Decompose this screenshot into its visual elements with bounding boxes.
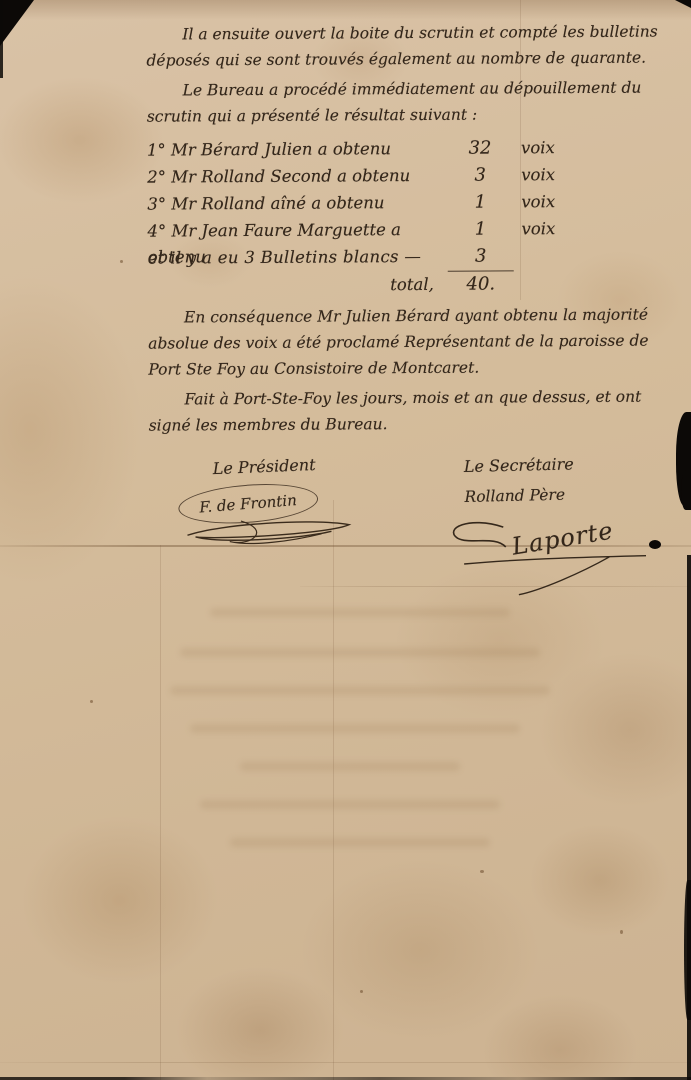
ink-bleed-through <box>230 838 490 847</box>
paragraph-proclamation: En conséquence Mr Julien Bérard ayant ob… <box>148 301 676 382</box>
paper-speck <box>620 930 623 934</box>
paper-speck <box>90 700 93 703</box>
torn-edge-right <box>681 470 691 510</box>
vote-unit: voix <box>513 216 593 242</box>
manuscript-page: Il a ensuite ouvert la boite du scrutin … <box>0 0 691 1080</box>
tally-row: 3° Mr Rolland aîné a obtenu 1 voix <box>147 188 675 218</box>
vote-count: 1 <box>447 189 513 215</box>
torn-edge-left <box>0 0 3 78</box>
paper-speck <box>480 870 484 873</box>
paper-speck <box>120 260 123 263</box>
blank-ballots-count: 3 <box>448 243 514 269</box>
torn-corner-top-right <box>675 0 691 8</box>
candidate-label: 1° Mr Bérard Julien a obtenu <box>147 136 447 164</box>
vote-unit: voix <box>513 189 593 215</box>
secretary-name-rolland: Rolland Père <box>428 480 649 511</box>
vote-unit: voix <box>513 162 593 188</box>
ink-bleed-through <box>210 608 510 617</box>
fold-crease <box>160 545 161 1080</box>
paragraph-closing: Fait à Port-Ste-Foy les jours, mois et a… <box>148 383 676 438</box>
tally-row: 1° Mr Bérard Julien a obtenu 32 voix <box>147 134 675 164</box>
candidate-label: 2° Mr Rolland Second a obtenu <box>147 163 447 191</box>
secretary-name-laporte: Laporte <box>510 517 615 559</box>
ink-bleed-through <box>240 762 460 771</box>
president-title: Le Président <box>176 450 359 483</box>
signature-block: Le Président F. de Frontin Le Secrétaire… <box>149 451 678 606</box>
ink-bleed-through <box>200 800 500 809</box>
torn-corner-top-left <box>0 0 34 46</box>
paper-speck <box>360 990 363 993</box>
fold-crease <box>0 1062 691 1063</box>
blank-ballots-row: et il y a eu 3 Bulletins blancs — 3 <box>148 242 676 272</box>
vote-count: 1 <box>447 216 513 242</box>
president-name: F. de Frontin <box>177 480 319 528</box>
vote-unit: voix <box>513 135 593 161</box>
vote-tally: 1° Mr Bérard Julien a obtenu 32 voix 2° … <box>147 134 676 302</box>
tally-row: 4° Mr Jean Faure Marguette a obtenu 1 vo… <box>147 215 675 245</box>
ink-bleed-through <box>190 724 520 733</box>
vote-count: 3 <box>447 162 513 188</box>
torn-edge-right <box>684 880 691 1020</box>
vote-count: 32 <box>447 135 513 161</box>
secretary-title: Le Secrétaire <box>428 450 649 481</box>
paragraph-ballots-counted: Il a ensuite ouvert la boite du scrutin … <box>146 18 674 73</box>
total-count: 40. <box>448 270 514 297</box>
president-signature: Le Président F. de Frontin <box>176 450 364 609</box>
laporte-swash <box>460 554 651 598</box>
paragraph-bureau-proceeded: Le Bureau a procédé immédiatement au dép… <box>147 74 675 129</box>
secretary-signature: Le Secrétaire Rolland Père Laporte <box>428 450 652 607</box>
manuscript-text: Il a ensuite ouvert la boite du scrutin … <box>146 18 678 606</box>
candidate-label: 3° Mr Rolland aîné a obtenu <box>147 190 447 218</box>
tally-row: 2° Mr Rolland Second a obtenu 3 voix <box>147 161 675 191</box>
total-label: total, <box>148 272 448 300</box>
blank-ballots-label: et il y a eu 3 Bulletins blancs — <box>148 244 448 272</box>
ink-bleed-through <box>180 648 540 657</box>
ink-bleed-through <box>170 686 550 695</box>
total-row: total, 40. <box>148 269 676 302</box>
